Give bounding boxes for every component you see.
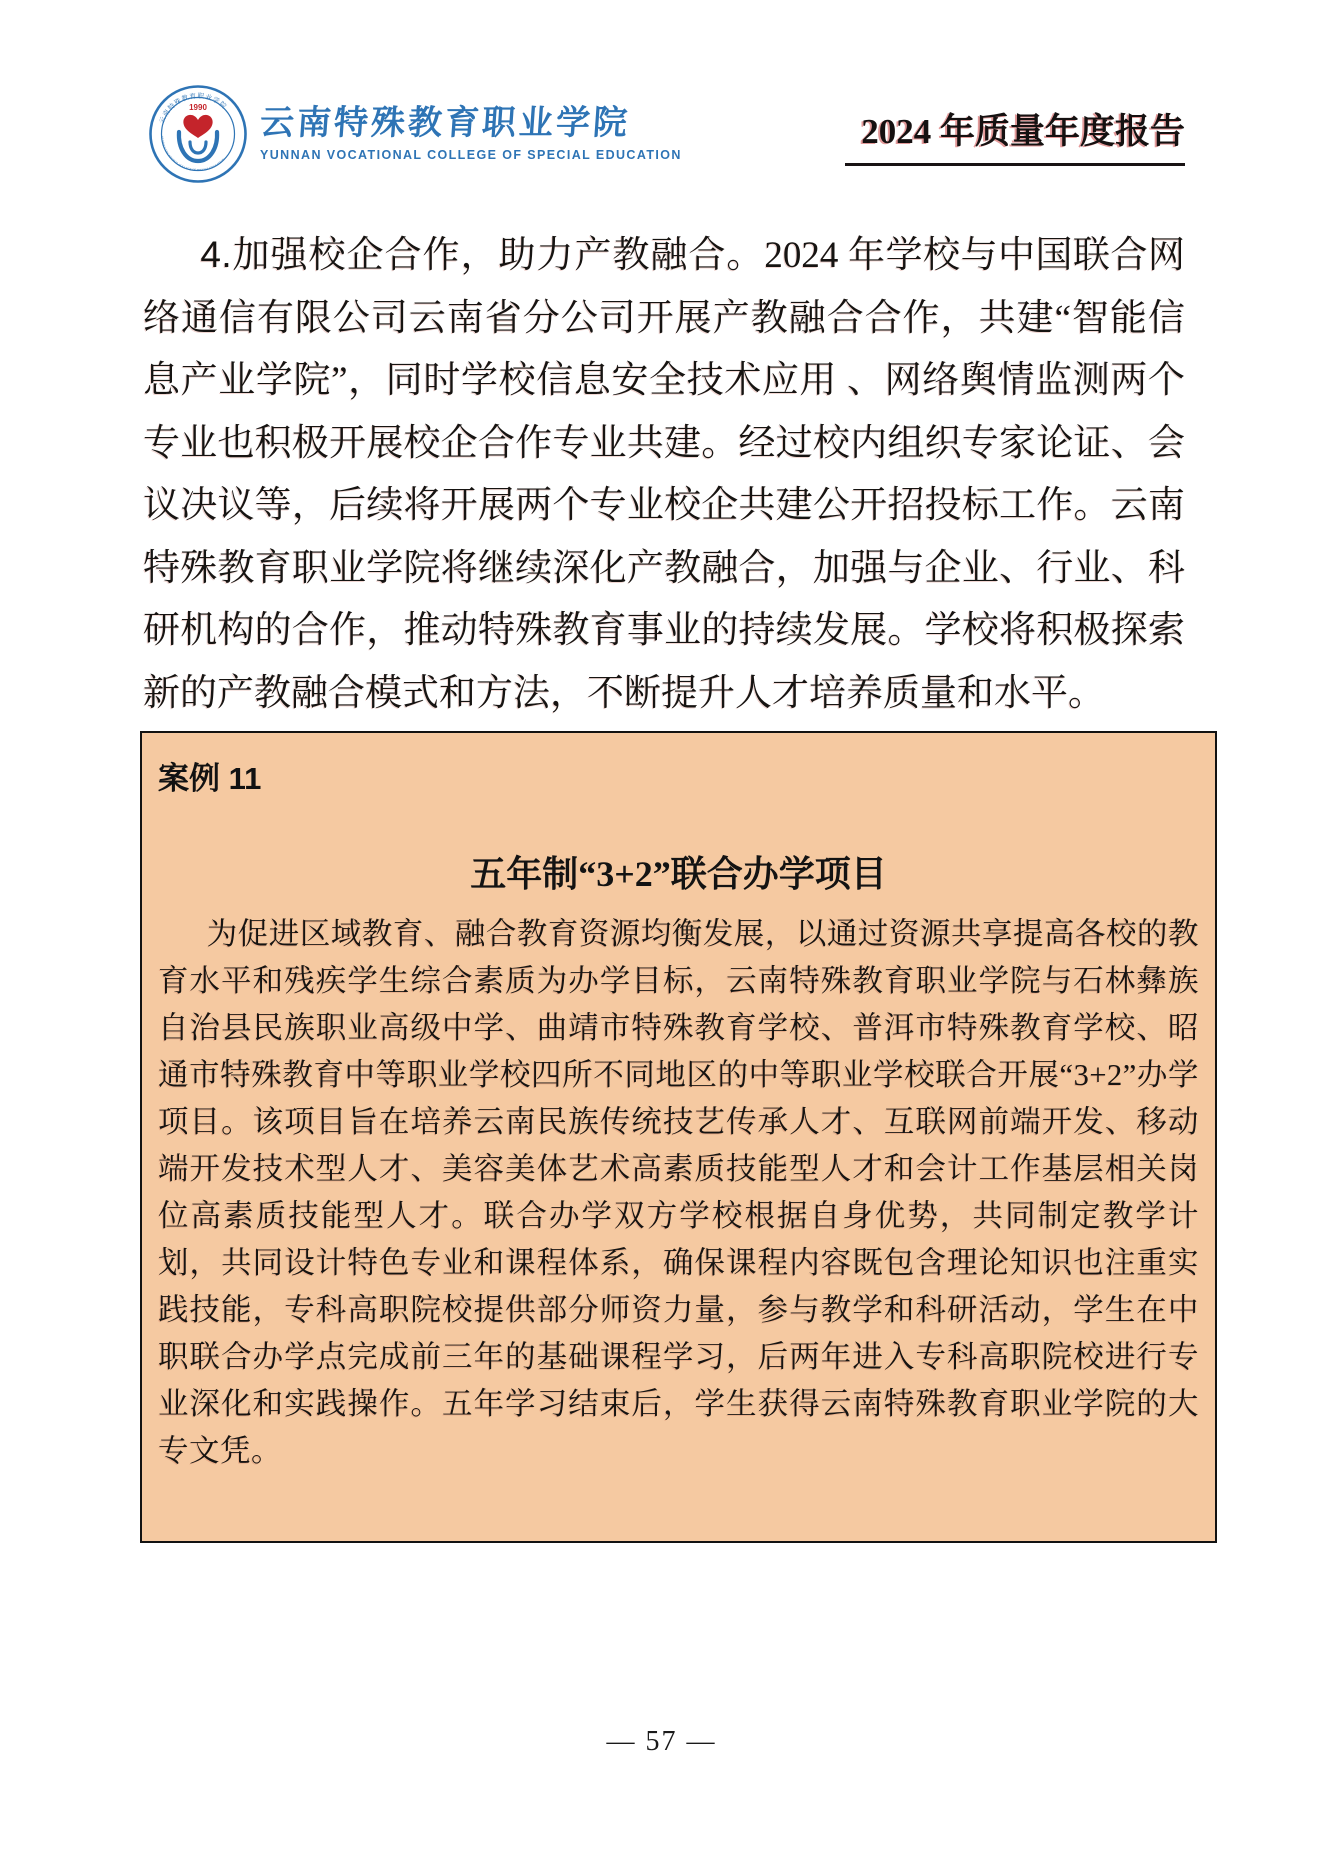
header-rule [845, 163, 1185, 166]
paragraph-rest: 2024 年学校与中国联合网络通信有限公司云南省分公司开展产教融合合作，共建“智… [143, 235, 1185, 714]
report-header: 2024 年质量年度报告 [840, 104, 1185, 166]
case-label: 案例 11 [158, 753, 1199, 798]
college-logo-icon: 云南特殊教育职业学院 YUNNAN VOCATIONAL COLLEGE OF … [148, 84, 248, 184]
case-study-box: 案例 11 五年制“3+2”联合办学项目 为促进区域教育、融合教育资源均衡发展，… [140, 731, 1217, 1543]
page-number: — 57 — [0, 1726, 1323, 1758]
case-title: 五年制“3+2”联合办学项目 [158, 846, 1199, 897]
report-title: 2024 年质量年度报告 [840, 104, 1185, 154]
case-body-text: 为促进区域教育、融合教育资源均衡发展，以通过资源共享提高各校的教育水平和残疾学生… [158, 911, 1199, 1475]
report-page: 云南特殊教育职业学院 YUNNAN VOCATIONAL COLLEGE OF … [0, 0, 1323, 1871]
college-name-en: YUNNAN VOCATIONAL COLLEGE OF SPECIAL EDU… [260, 148, 682, 162]
main-paragraph: 4.加强校企合作，助力产教融合。2024 年学校与中国联合网络通信有限公司云南省… [143, 224, 1185, 725]
college-name-cn: 云南特殊教育职业学院 [259, 107, 683, 141]
paragraph-lead: 4.加强校企合作，助力产教融合。 [200, 234, 764, 275]
logo-wordmark: 云南特殊教育职业学院 YUNNAN VOCATIONAL COLLEGE OF … [260, 107, 682, 162]
logo-year-label: 1990 [189, 103, 207, 112]
header-logo-group: 云南特殊教育职业学院 YUNNAN VOCATIONAL COLLEGE OF … [148, 84, 682, 184]
